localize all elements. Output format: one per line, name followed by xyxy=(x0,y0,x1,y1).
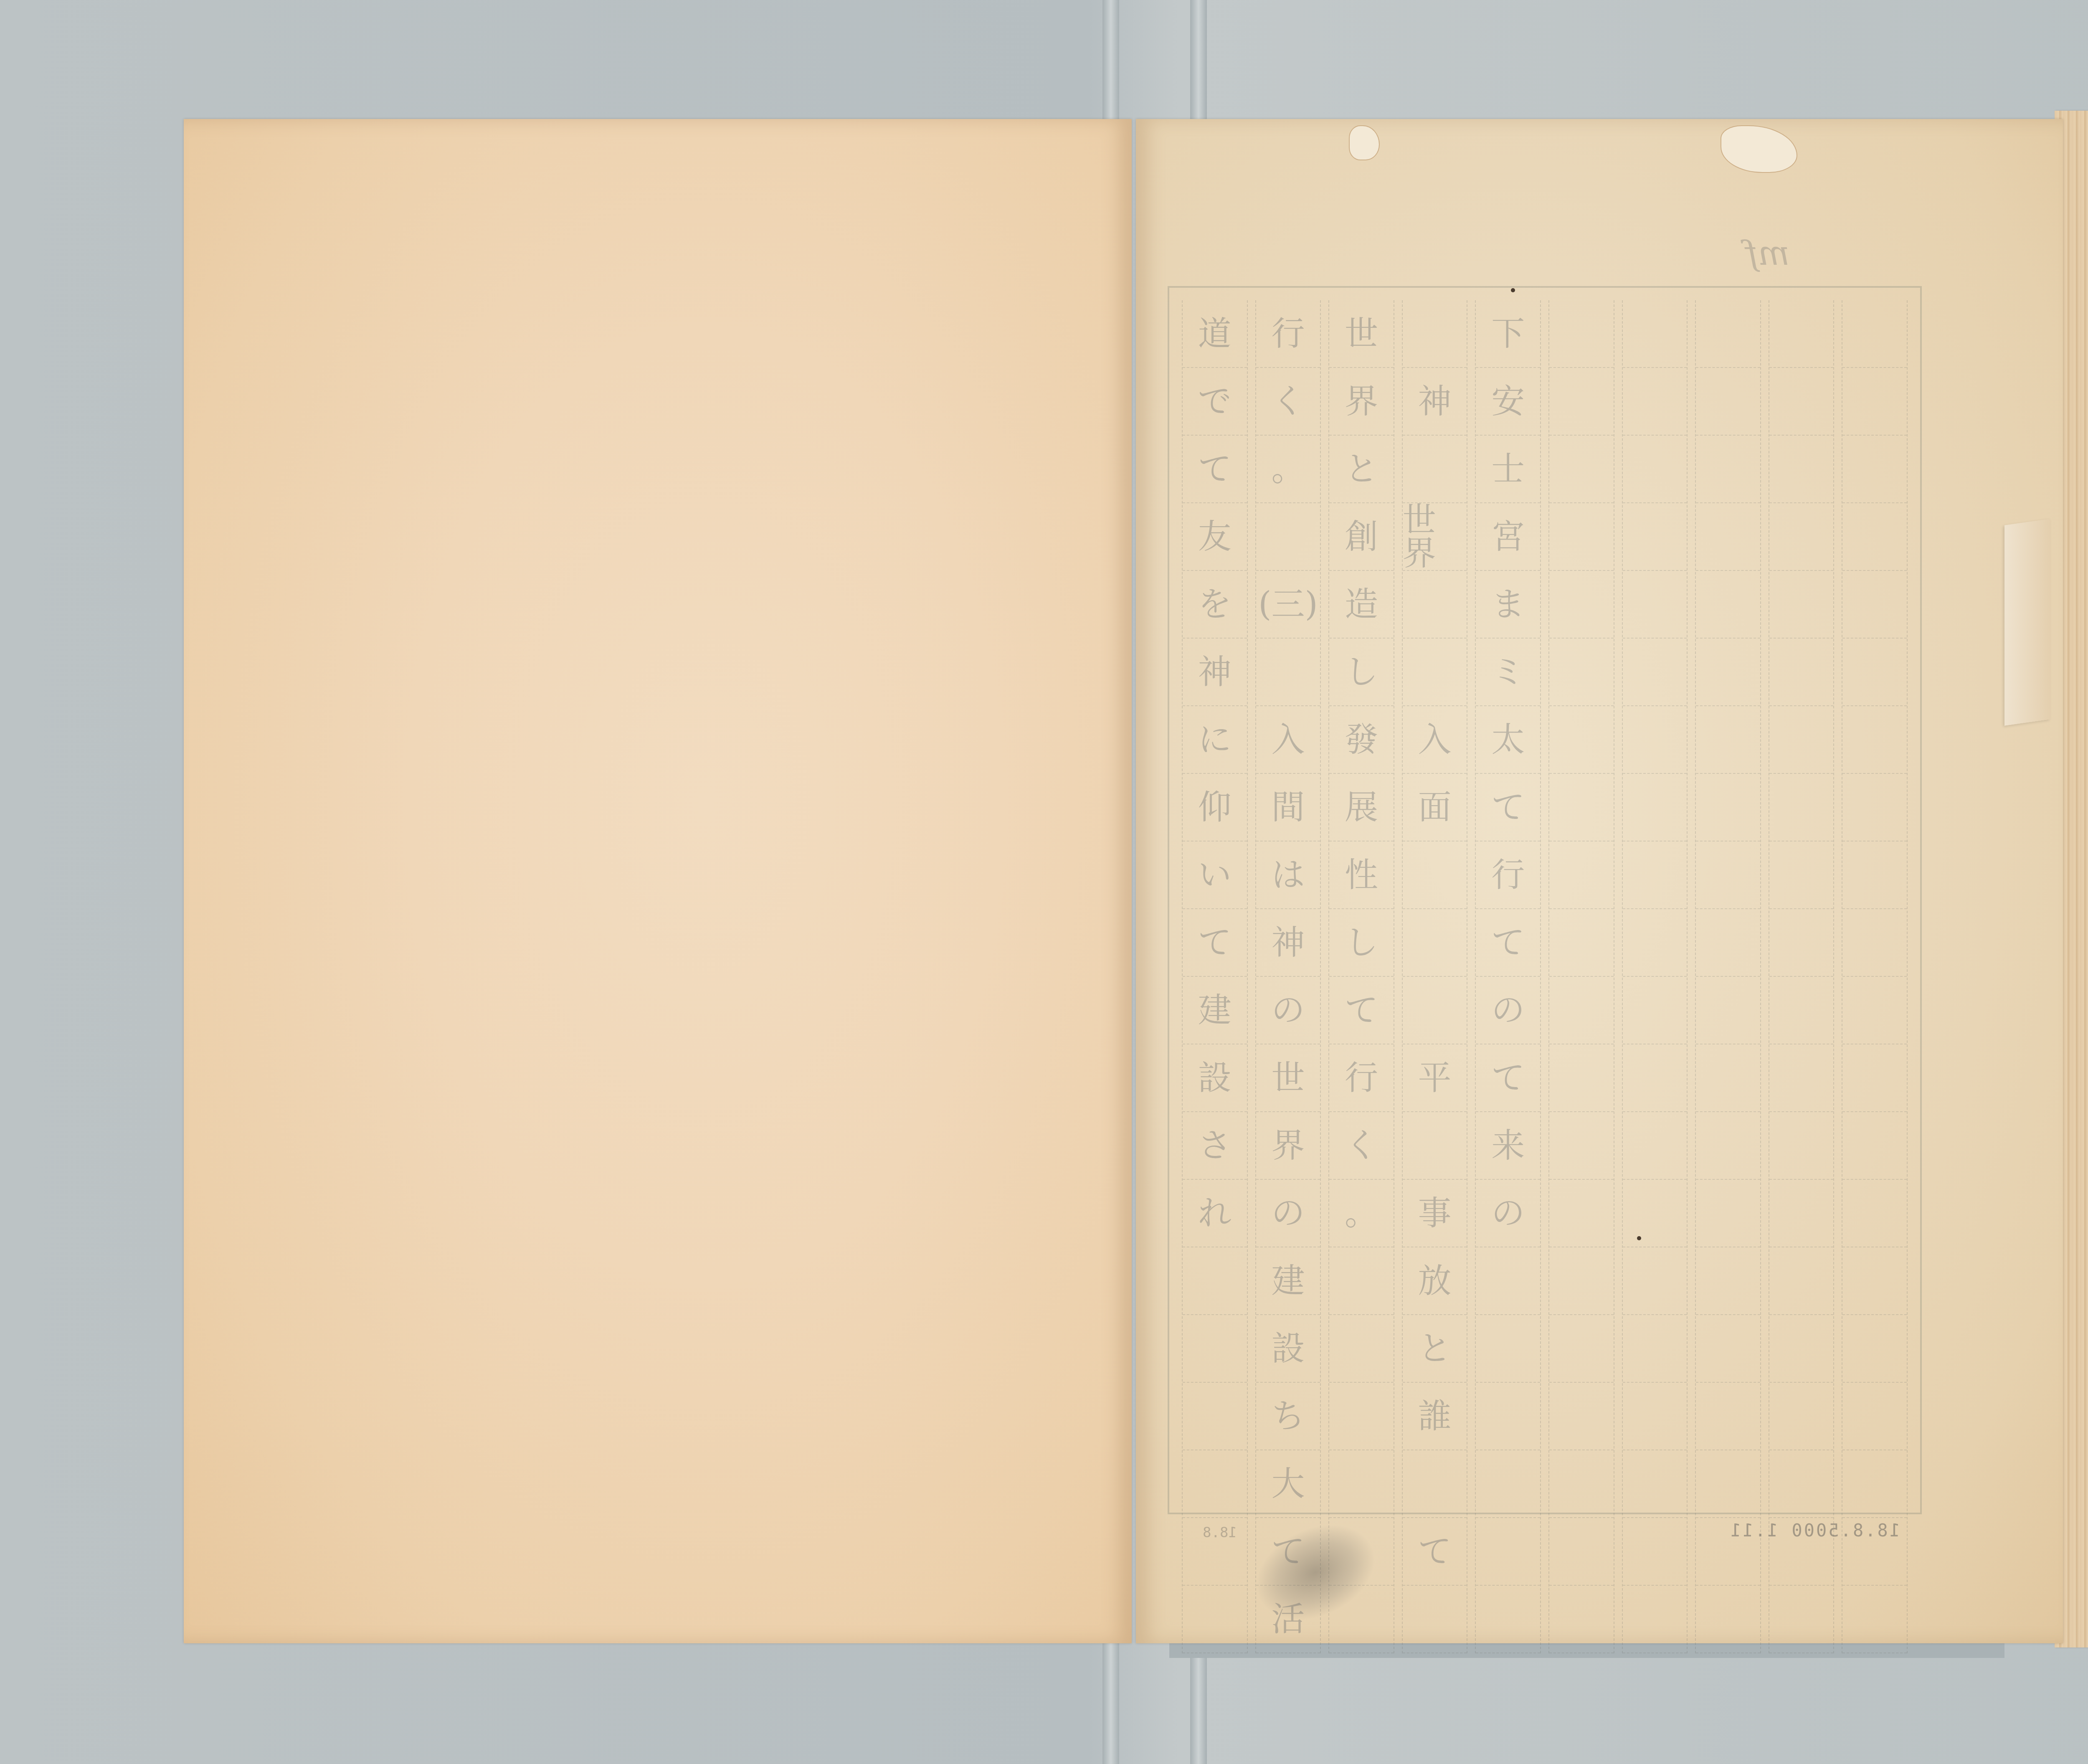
grid-cell xyxy=(1549,774,1614,841)
grid-cell: 界 xyxy=(1256,1112,1320,1180)
grid-cell: 大 xyxy=(1256,1450,1320,1518)
grid-cell: と xyxy=(1403,1315,1467,1383)
grid-cell xyxy=(1623,503,1687,571)
grid-cell xyxy=(1842,1044,1907,1112)
grid-column xyxy=(1548,300,1614,1653)
grid-cell xyxy=(1476,1450,1540,1518)
grid-cell: 性 xyxy=(1329,841,1394,909)
grid-cell: の xyxy=(1256,1180,1320,1247)
grid-cell xyxy=(1403,1450,1467,1518)
grid-cell xyxy=(1696,1044,1760,1112)
grid-cell xyxy=(1403,1586,1467,1653)
grid-cell: て xyxy=(1476,909,1540,977)
grid-cell xyxy=(1842,1112,1907,1180)
grid-column xyxy=(1695,300,1761,1653)
grid-cell xyxy=(1696,503,1760,571)
grid-cell: の xyxy=(1476,977,1540,1044)
grid-column: 世界と創造し發展性して行く。 xyxy=(1328,300,1394,1653)
grid-cell: 界 xyxy=(1329,368,1394,436)
grid-cell xyxy=(1769,1383,1834,1450)
grid-cell xyxy=(1623,1044,1687,1112)
grid-cell xyxy=(1549,706,1614,774)
grid-cell xyxy=(1769,909,1834,977)
grid-cell: さ xyxy=(1183,1112,1247,1180)
grid-cell xyxy=(1549,639,1614,706)
grid-cell xyxy=(1842,503,1907,571)
grid-cell: 来 xyxy=(1476,1112,1540,1180)
grid-cell xyxy=(1476,1518,1540,1586)
grid-cell xyxy=(1549,1383,1614,1450)
grid-cell: れ xyxy=(1183,1180,1247,1247)
grid-cell: 宮 xyxy=(1476,503,1540,571)
grid-cell xyxy=(1696,1247,1760,1315)
grid-cell xyxy=(1696,1112,1760,1180)
grid-cell xyxy=(1769,1112,1834,1180)
grid-cell xyxy=(1769,503,1834,571)
grid-cell xyxy=(1183,1450,1247,1518)
grid-cell xyxy=(1769,300,1834,368)
grid-cell xyxy=(1623,436,1687,503)
grid-cell xyxy=(1769,1450,1834,1518)
grid-cell xyxy=(1329,1315,1394,1383)
grid-cell: 入 xyxy=(1403,706,1467,774)
grid-column: 道でて友を神に仰いて建設され xyxy=(1182,300,1248,1653)
grid-cell xyxy=(1769,1180,1834,1247)
grid-cell xyxy=(1549,1112,1614,1180)
grid-cell: 發 xyxy=(1329,706,1394,774)
grid-cell xyxy=(1769,706,1834,774)
grid-cell: 太 xyxy=(1476,706,1540,774)
grid-cell xyxy=(1623,1180,1687,1247)
grid-cell xyxy=(1769,1247,1834,1315)
grid-cell xyxy=(1842,300,1907,368)
grid-cell: し xyxy=(1329,639,1394,706)
grid-cell: (三) xyxy=(1256,571,1320,639)
grid-cell xyxy=(1403,639,1467,706)
grid-cell xyxy=(1476,1383,1540,1450)
grid-cell: く xyxy=(1329,1112,1394,1180)
grid-cell xyxy=(1696,571,1760,639)
grid-cell: 安 xyxy=(1476,368,1540,436)
grid-cell xyxy=(1623,571,1687,639)
grid-cell: て xyxy=(1183,436,1247,503)
grid-cell xyxy=(1256,503,1320,571)
manuscript-grid: 道でて友を神に仰いて建設され行く。(三)入間は神の世界の建設ち大て活世界と創造し… xyxy=(1168,286,1922,1514)
grid-cell xyxy=(1403,1112,1467,1180)
grid-cell: く xyxy=(1256,368,1320,436)
grid-cell xyxy=(1696,1450,1760,1518)
footer-print-mirrored: 18.8.5000 1.11 xyxy=(1729,1520,1900,1541)
grid-cell: 建 xyxy=(1256,1247,1320,1315)
grid-cell: 仰 xyxy=(1183,774,1247,841)
grid-cell: 下 xyxy=(1476,300,1540,368)
grid-cell: 行 xyxy=(1256,300,1320,368)
grid-cell: て xyxy=(1403,1518,1467,1586)
grid-cell xyxy=(1623,706,1687,774)
grid-cell: 誰 xyxy=(1403,1383,1467,1450)
grid-cell xyxy=(1696,639,1760,706)
grid-cell xyxy=(1623,977,1687,1044)
grid-cell: て xyxy=(1476,1044,1540,1112)
grid-cell xyxy=(1696,1586,1760,1653)
grid-cell: 設 xyxy=(1256,1315,1320,1383)
grid-cell xyxy=(1842,909,1907,977)
grid-column xyxy=(1842,300,1908,1653)
grid-cell xyxy=(1696,774,1760,841)
grid-cell xyxy=(1256,639,1320,706)
grid-cell xyxy=(1769,639,1834,706)
grid-cell xyxy=(1842,1247,1907,1315)
grid-cell xyxy=(1549,1586,1614,1653)
grid-cell: 面 xyxy=(1403,774,1467,841)
grid-cell xyxy=(1623,1383,1687,1450)
grid-cell xyxy=(1549,909,1614,977)
grid-cell xyxy=(1842,706,1907,774)
grid-cell xyxy=(1842,368,1907,436)
grid-cell: て xyxy=(1183,909,1247,977)
grid-cell xyxy=(1549,841,1614,909)
grid-cell xyxy=(1476,1247,1540,1315)
grid-cell xyxy=(1842,774,1907,841)
grid-cell xyxy=(1549,1518,1614,1586)
grid-cell xyxy=(1842,571,1907,639)
grid-cell xyxy=(1842,1315,1907,1383)
grid-cell: 行 xyxy=(1476,841,1540,909)
grid-cell: 事 xyxy=(1403,1180,1467,1247)
grid-cell xyxy=(1329,1247,1394,1315)
grid-cell xyxy=(1183,1247,1247,1315)
grid-cell: 造 xyxy=(1329,571,1394,639)
grid-cell: て xyxy=(1329,977,1394,1044)
grid-cell: 。 xyxy=(1329,1180,1394,1247)
grid-cell xyxy=(1769,368,1834,436)
grid-cell xyxy=(1842,977,1907,1044)
grid-cell xyxy=(1769,1586,1834,1653)
grid-cell: 放 xyxy=(1403,1247,1467,1315)
grid-cell: の xyxy=(1256,977,1320,1044)
grid-cell: 平 xyxy=(1403,1044,1467,1112)
grid-cell: 行 xyxy=(1329,1044,1394,1112)
grid-cell: 世 xyxy=(1256,1044,1320,1112)
grid-cell xyxy=(1623,639,1687,706)
grid-cell xyxy=(1549,571,1614,639)
grid-cell: 世界 xyxy=(1403,503,1467,571)
grid-cell xyxy=(1842,1450,1907,1518)
grid-column: 下安士宮まミ太て行てのて来の xyxy=(1475,300,1541,1653)
grid-cell xyxy=(1403,909,1467,977)
grid-cell xyxy=(1476,1586,1540,1653)
grid-cell xyxy=(1183,1315,1247,1383)
grid-cell xyxy=(1769,977,1834,1044)
grid-cell xyxy=(1549,977,1614,1044)
grid-cell xyxy=(1183,1383,1247,1450)
grid-cell xyxy=(1696,1315,1760,1383)
grid-column: 神世界入面平事放と誰て xyxy=(1402,300,1468,1653)
grid-cell xyxy=(1403,436,1467,503)
grid-cell xyxy=(1842,1586,1907,1653)
grid-cell: 建 xyxy=(1183,977,1247,1044)
left-page-blank xyxy=(184,119,1132,1643)
grid-cell xyxy=(1696,436,1760,503)
grid-cell: 神 xyxy=(1256,909,1320,977)
grid-cell xyxy=(1549,436,1614,503)
grid-cell xyxy=(1403,300,1467,368)
grid-cell xyxy=(1696,300,1760,368)
grid-column: 行く。(三)入間は神の世界の建設ち大て活 xyxy=(1255,300,1321,1653)
grid-cell: 。 xyxy=(1256,436,1320,503)
grid-cell xyxy=(1623,1518,1687,1586)
grid-cell xyxy=(1769,774,1834,841)
grid-cell xyxy=(1769,1315,1834,1383)
grid-cell: ま xyxy=(1476,571,1540,639)
grid-cell xyxy=(1329,1450,1394,1518)
grid-cell xyxy=(1329,1383,1394,1450)
grid-cell: て xyxy=(1476,774,1540,841)
footer-print-left: 18.8 xyxy=(1203,1524,1237,1541)
grid-cell xyxy=(1623,1112,1687,1180)
grid-cell: 道 xyxy=(1183,300,1247,368)
grid-cell: ミ xyxy=(1476,639,1540,706)
grid-cell: 創 xyxy=(1329,503,1394,571)
grid-cell xyxy=(1696,368,1760,436)
grid-cell: ち xyxy=(1256,1383,1320,1450)
grid-cell xyxy=(1476,1315,1540,1383)
grid-cell xyxy=(1842,1180,1907,1247)
grid-cell xyxy=(1623,774,1687,841)
grid-cell: 展 xyxy=(1329,774,1394,841)
grid-column xyxy=(1622,300,1688,1653)
grid-cell xyxy=(1623,909,1687,977)
grid-cell xyxy=(1696,977,1760,1044)
pencil-note-top-right: mf xyxy=(1746,234,1789,273)
grid-cell: の xyxy=(1476,1180,1540,1247)
grid-cell xyxy=(1842,639,1907,706)
grid-cell xyxy=(1623,1450,1687,1518)
grid-cell xyxy=(1842,436,1907,503)
grid-cell: 神 xyxy=(1183,639,1247,706)
grid-cell xyxy=(1549,300,1614,368)
grid-cell xyxy=(1842,1383,1907,1450)
grid-cell xyxy=(1623,841,1687,909)
grid-cell xyxy=(1549,1247,1614,1315)
grid-cell: 設 xyxy=(1183,1044,1247,1112)
grid-cell: を xyxy=(1183,571,1247,639)
grid-cell xyxy=(1623,300,1687,368)
grid-cell xyxy=(1696,909,1760,977)
grid-cell: 世 xyxy=(1329,300,1394,368)
grid-cell xyxy=(1623,1586,1687,1653)
grid-cell: 入 xyxy=(1256,706,1320,774)
grid-cell: に xyxy=(1183,706,1247,774)
grid-cell xyxy=(1769,436,1834,503)
grid-cell xyxy=(1696,1383,1760,1450)
grid-cell xyxy=(1623,1247,1687,1315)
grid-cell xyxy=(1403,571,1467,639)
grid-cell: と xyxy=(1329,436,1394,503)
grid-cell xyxy=(1183,1586,1247,1653)
grid-cell xyxy=(1842,841,1907,909)
grid-cell xyxy=(1549,1450,1614,1518)
grid-cell: で xyxy=(1183,368,1247,436)
grid-column xyxy=(1769,300,1835,1653)
grid-cell xyxy=(1769,1044,1834,1112)
grid-cell: 神 xyxy=(1403,368,1467,436)
grid-cell: し xyxy=(1329,909,1394,977)
grid-cell xyxy=(1549,1315,1614,1383)
grid-cell: 友 xyxy=(1183,503,1247,571)
grid-cell xyxy=(1769,841,1834,909)
grid-cell: い xyxy=(1183,841,1247,909)
grid-cell: 間 xyxy=(1256,774,1320,841)
grid-cell xyxy=(1403,977,1467,1044)
grid-cell xyxy=(1549,1180,1614,1247)
grid-cell: 士 xyxy=(1476,436,1540,503)
grid-cell xyxy=(1696,1180,1760,1247)
grid-cell xyxy=(1769,571,1834,639)
grid-cell xyxy=(1623,1315,1687,1383)
grid-cell xyxy=(1696,841,1760,909)
grid-cell xyxy=(1403,841,1467,909)
grid-cell xyxy=(1549,503,1614,571)
manuscript-grid-columns: 道でて友を神に仰いて建設され行く。(三)入間は神の世界の建設ち大て活世界と創造し… xyxy=(1182,300,1908,1500)
folded-page-edge xyxy=(2004,519,2050,725)
grid-cell: は xyxy=(1256,841,1320,909)
grid-cell xyxy=(1696,706,1760,774)
grid-cell xyxy=(1623,368,1687,436)
grid-cell xyxy=(1549,1044,1614,1112)
grid-cell xyxy=(1549,368,1614,436)
